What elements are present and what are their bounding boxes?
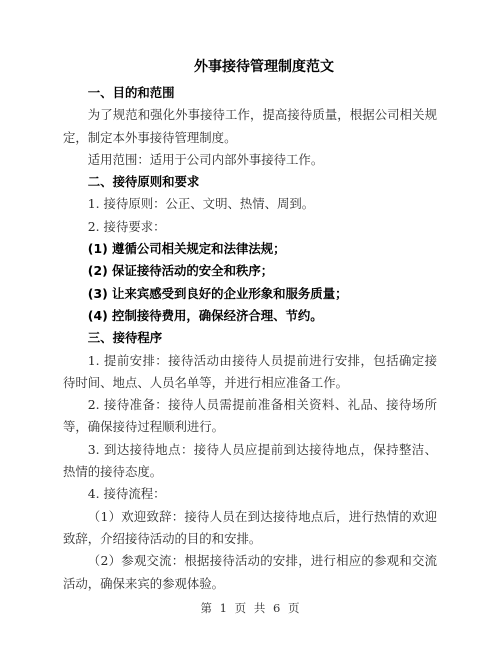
procedure-step-3: 3. 到达接待地点：接待人员应提前到达接待地点，保持整洁、热情的接待态度。 [63, 439, 437, 484]
section-heading-1: 一、目的和范围 [63, 82, 437, 104]
page-number-footer: 第 1 页 共 6 页 [0, 600, 502, 616]
requirement-item-2: (2) 保证接待活动的安全和秩序； [63, 260, 437, 282]
section-heading-3: 三、接待程序 [63, 327, 437, 349]
section-heading-2: 二、接待原则和要求 [63, 171, 437, 193]
document-title: 外事接待管理制度范文 [63, 54, 437, 80]
paragraph-scope: 适用范围：适用于公司内部外事接待工作。 [63, 149, 437, 171]
requirement-item-1: (1) 遵循公司相关规定和法律法规； [63, 238, 437, 260]
paragraph-requirements: 2. 接待要求： [63, 216, 437, 238]
flow-item-2: （2）参观交流：根据接待活动的安排，进行相应的参观和交流活动，确保来宾的参观体验… [63, 550, 437, 595]
procedure-step-4: 4. 接待流程： [63, 483, 437, 505]
document-page: 外事接待管理制度范文 一、目的和范围 为了规范和强化外事接待工作，提高接待质量，… [0, 0, 502, 649]
procedure-step-1: 1. 提前安排：接待活动由接待人员提前进行安排，包括确定接待时间、地点、人员名单… [63, 350, 437, 395]
requirement-item-4: (4) 控制接待费用，确保经济合理、节约。 [63, 305, 437, 327]
paragraph-purpose: 为了规范和强化外事接待工作，提高接待质量，根据公司相关规定，制定本外事接待管理制… [63, 104, 437, 149]
requirement-item-3: (3) 让来宾感受到良好的企业形象和服务质量； [63, 283, 437, 305]
flow-item-1: （1）欢迎致辞：接待人员在到达接待地点后，进行热情的欢迎致辞，介绍接待活动的目的… [63, 506, 437, 551]
procedure-step-2: 2. 接待准备：接待人员需提前准备相关资料、礼品、接待场所等，确保接待过程顺利进… [63, 394, 437, 439]
paragraph-principle: 1. 接待原则：公正、文明、热情、周到。 [63, 193, 437, 215]
document-content: 外事接待管理制度范文 一、目的和范围 为了规范和强化外事接待工作，提高接待质量，… [63, 54, 437, 595]
